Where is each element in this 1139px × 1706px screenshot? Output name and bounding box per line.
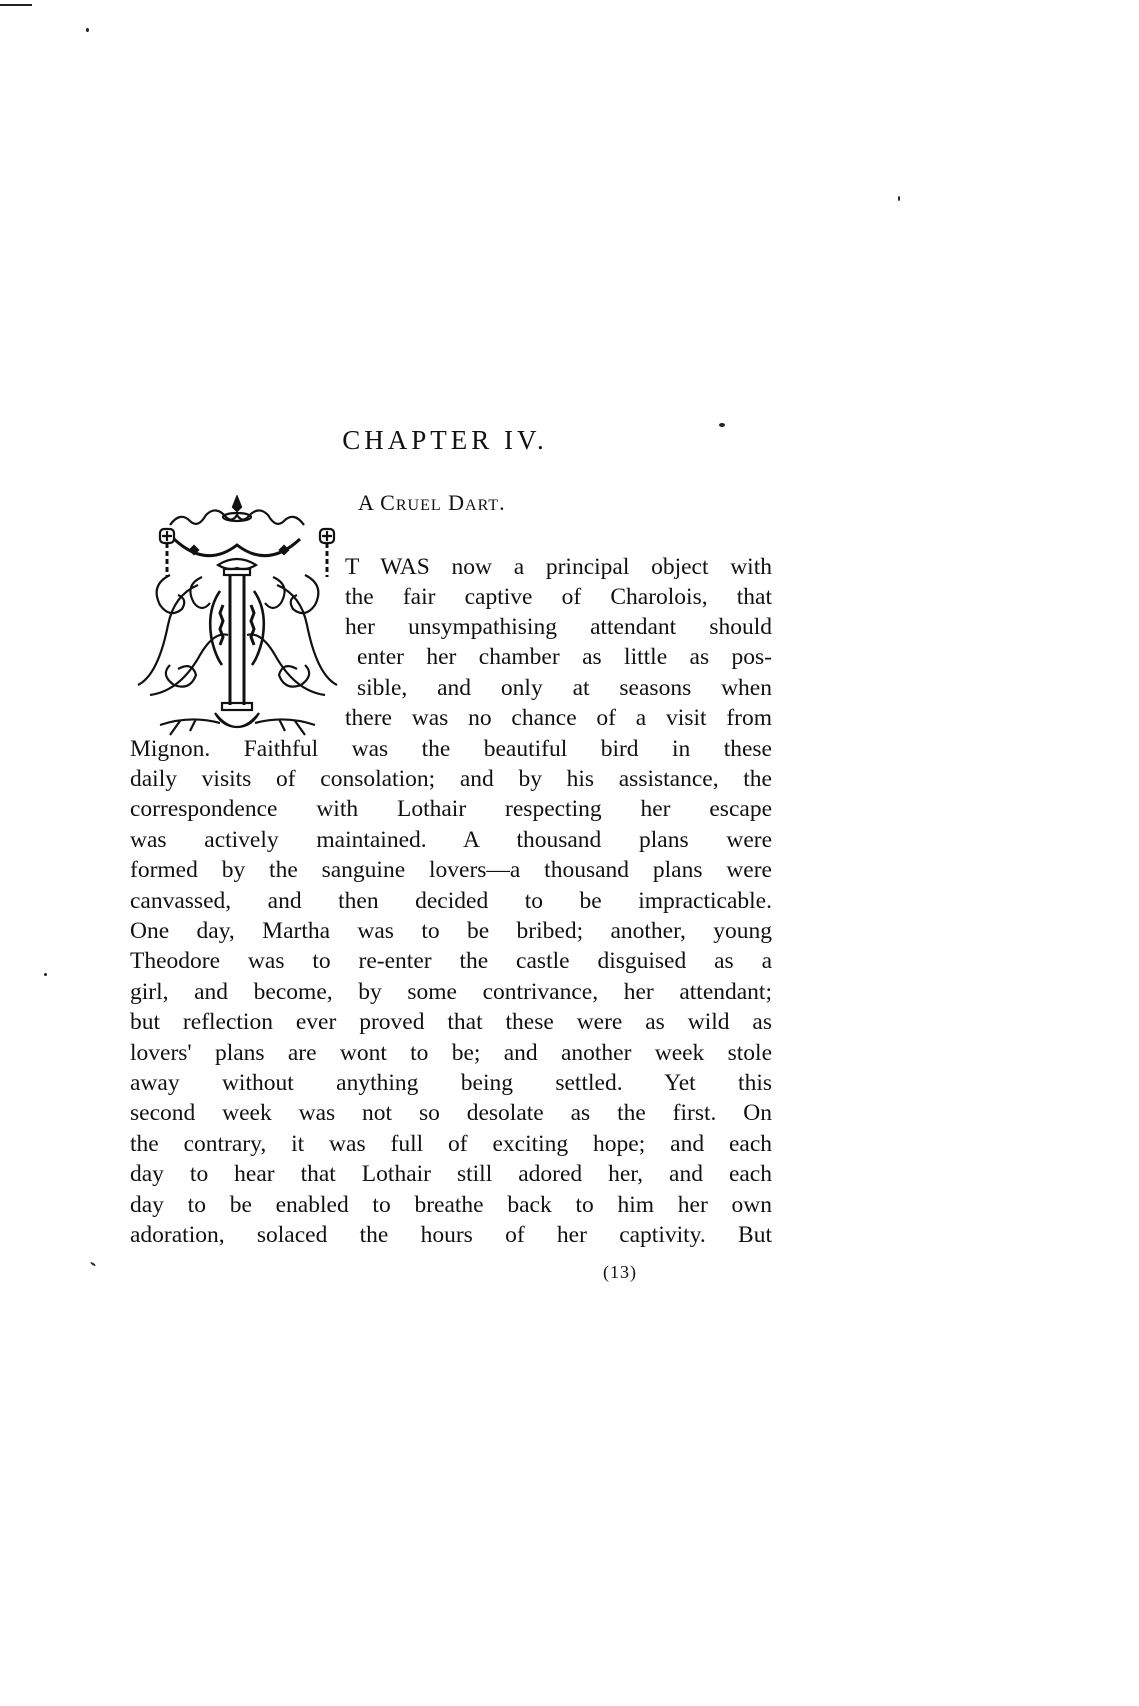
text-line: second week was not so desolate as the f… xyxy=(130,1098,772,1128)
ornamental-initial-i-icon xyxy=(130,495,345,745)
text-line: day to be enabled to breathe back to him… xyxy=(130,1190,772,1220)
scan-speck xyxy=(90,1261,96,1266)
text-line: daily visits of consolation; and by his … xyxy=(130,764,772,794)
scan-speck xyxy=(719,423,725,427)
text-line: formed by the sanguine lovers—a thousand… xyxy=(130,855,772,885)
text-line: T WAS now a principal object with xyxy=(345,552,772,582)
text-line: there was no chance of a visit from xyxy=(345,703,772,733)
text-line: One day, Martha was to be bribed; anothe… xyxy=(130,916,772,946)
text-line: was actively maintained. A thousand plan… xyxy=(130,825,772,855)
text-line: adoration, solaced the hours of her capt… xyxy=(130,1220,772,1250)
text-line: the contrary, it was full of exciting ho… xyxy=(130,1129,772,1159)
text-line: but reflection ever proved that these we… xyxy=(130,1007,772,1037)
scan-speck xyxy=(86,28,89,32)
chapter-subtitle: A CRUEL DART. xyxy=(358,490,506,516)
text-line: away without anything being settled. Yet… xyxy=(130,1068,772,1098)
text-line: her unsympathising attendant should xyxy=(345,612,772,642)
subtitle-part: A C xyxy=(358,490,396,515)
chapter-heading: CHAPTER IV. xyxy=(0,425,890,456)
subtitle-part: . xyxy=(499,490,506,515)
book-page: CHAPTER IV. A CRUEL DART. xyxy=(0,0,1139,1706)
text-line: sible, and only at seasons when xyxy=(357,673,772,703)
subtitle-part: RUEL xyxy=(396,497,442,514)
text-line: canvassed, and then decided to be imprac… xyxy=(130,886,772,916)
text-line: the fair captive of Charolois, that xyxy=(345,582,772,612)
text-line: enter her chamber as little as pos- xyxy=(357,642,772,672)
subtitle-part: D xyxy=(442,490,465,515)
scan-speck xyxy=(44,973,47,976)
text-line: lovers' plans are wont to be; and anothe… xyxy=(130,1038,772,1068)
subtitle-part: ART xyxy=(465,497,499,514)
text-line: Theodore was to re-enter the castle disg… xyxy=(130,946,772,976)
text-line: day to hear that Lothair still adored he… xyxy=(130,1159,772,1189)
scan-mark xyxy=(0,4,32,6)
page-number: (13) xyxy=(603,1262,637,1283)
text-line: Mignon. Faithful was the beautiful bird … xyxy=(130,734,772,764)
scan-speck xyxy=(898,196,900,201)
text-line: correspondence with Lothair respecting h… xyxy=(130,794,772,824)
text-line: girl, and become, by some contrivance, h… xyxy=(130,977,772,1007)
